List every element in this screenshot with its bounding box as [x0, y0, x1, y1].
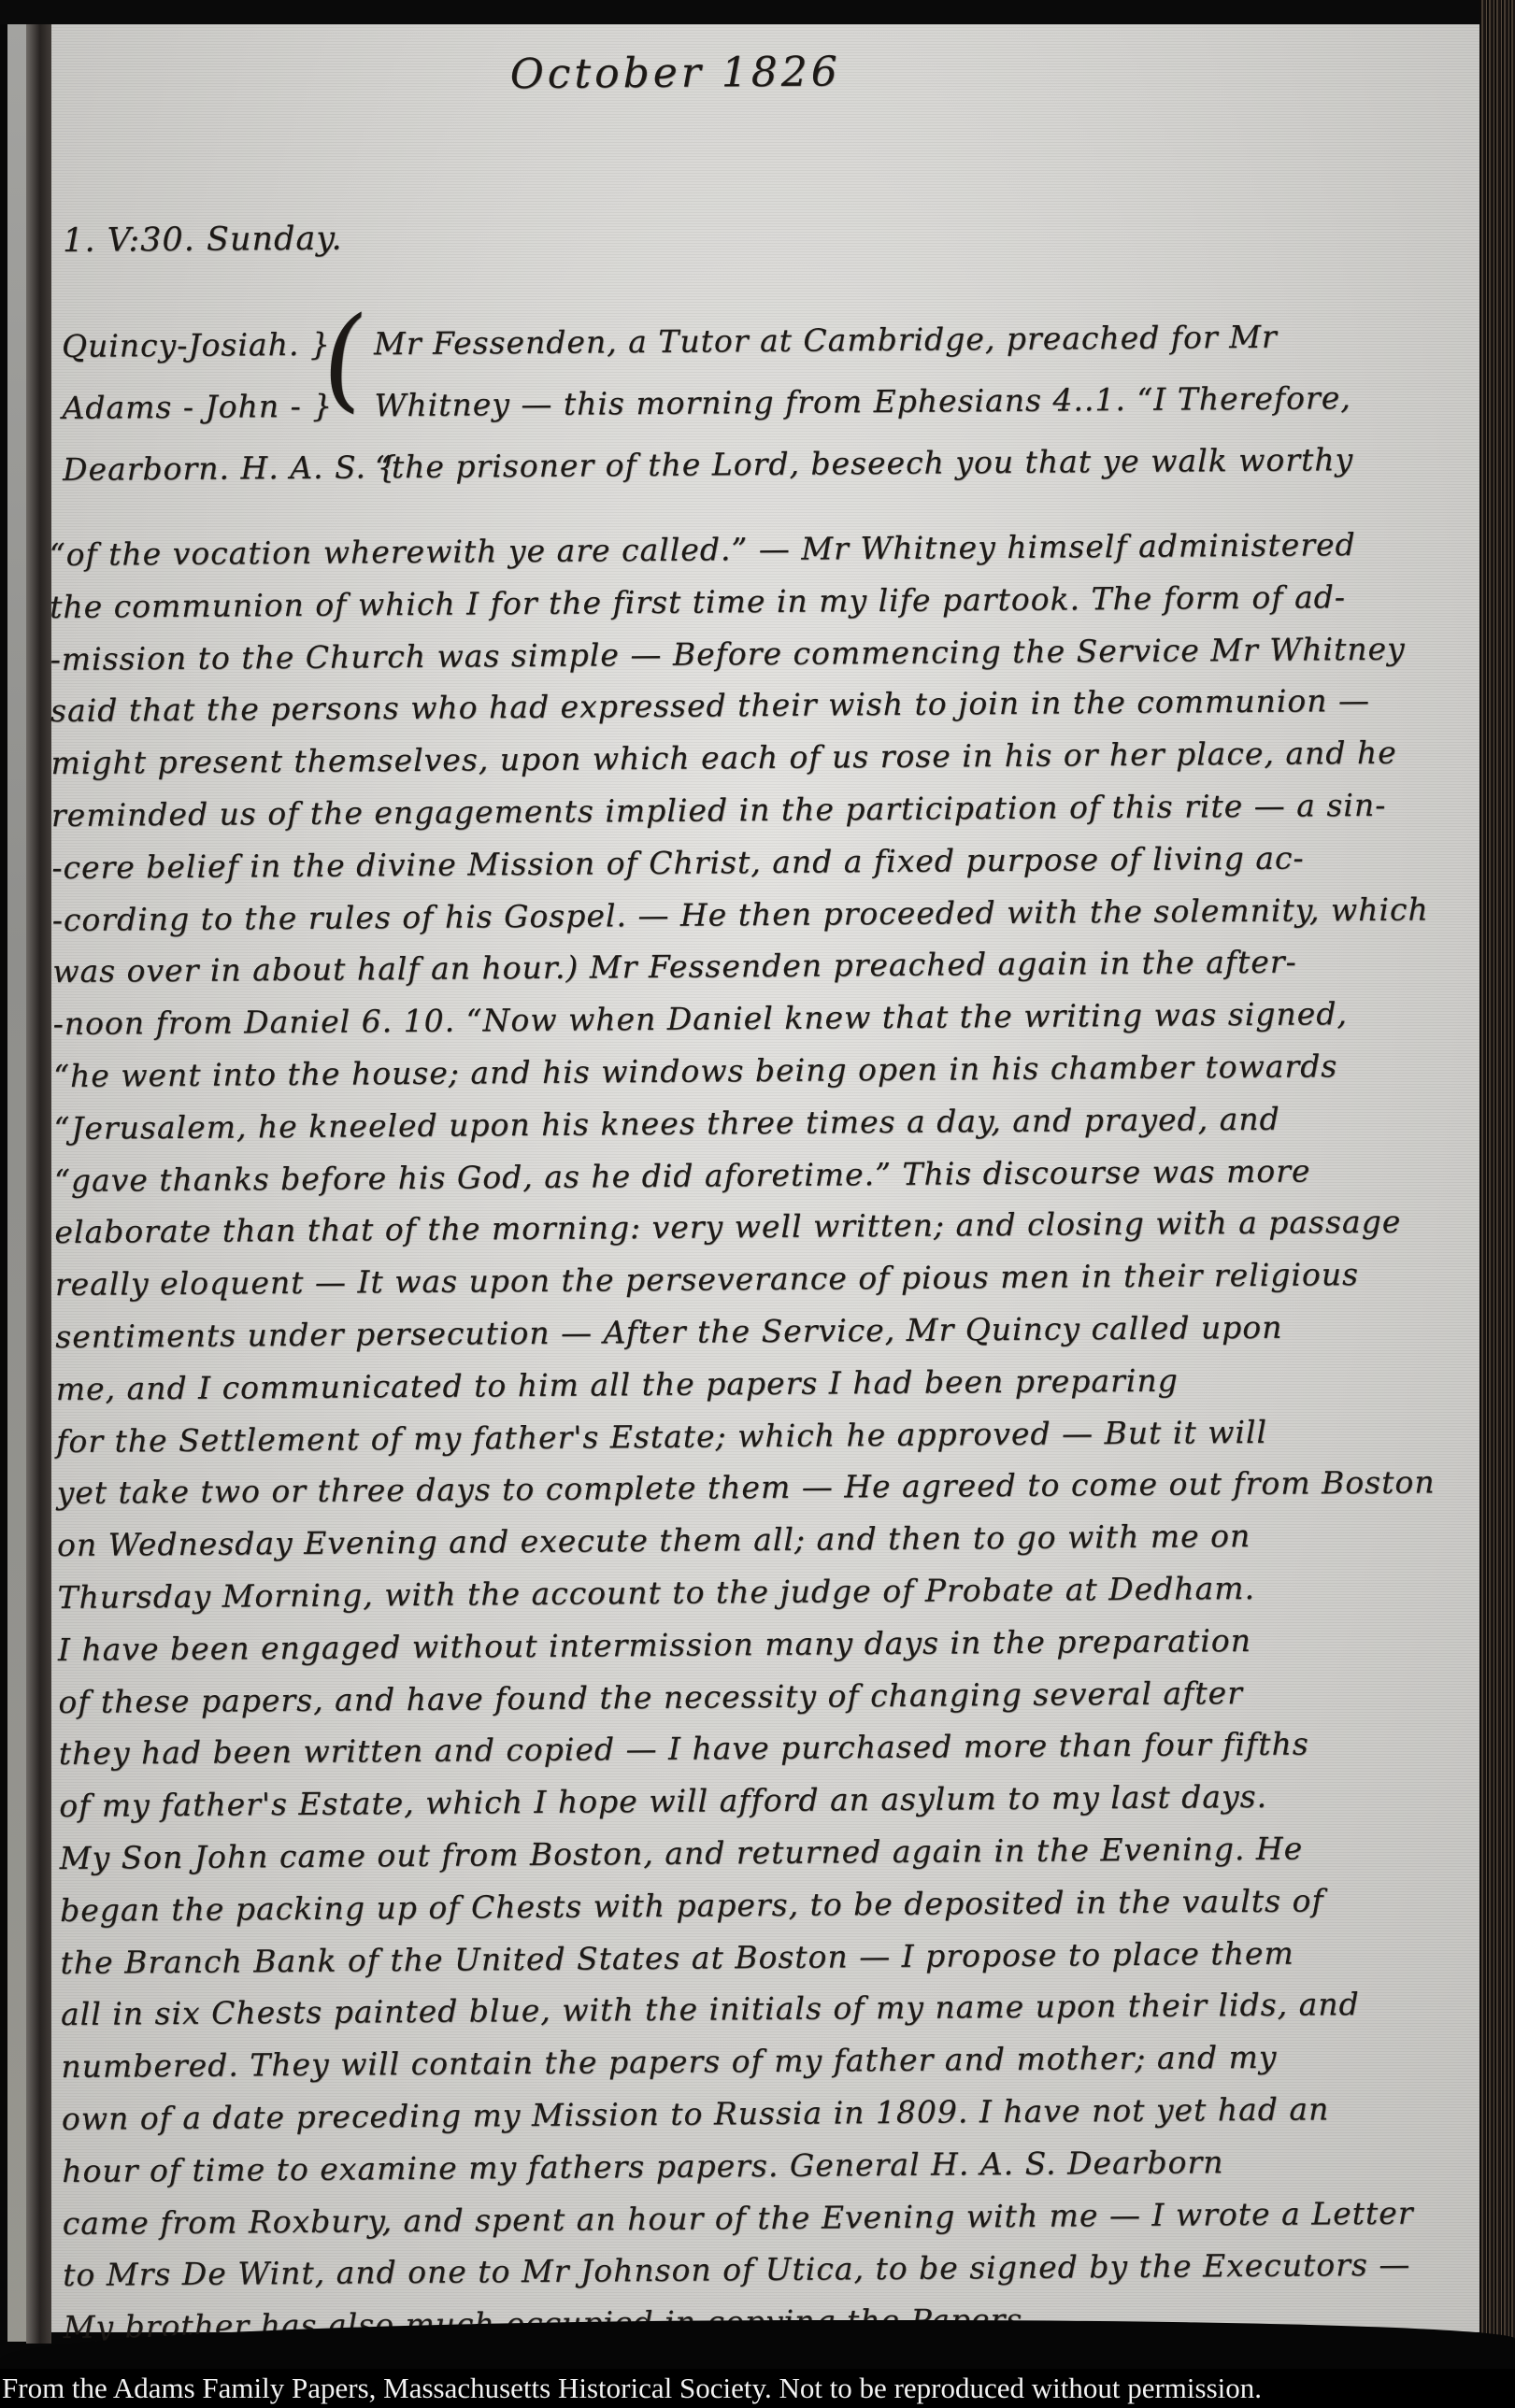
manuscript-line: sentiments under persecution — After the…: [55, 1300, 1434, 1362]
manuscript-line: own of a date preceding my Mission to Ru…: [62, 2082, 1440, 2144]
adjacent-page-edge: [7, 24, 26, 2342]
entry-date-heading: 1. V:30. Sunday.: [63, 221, 343, 260]
credit-caption: From the Adams Family Papers, Massachuse…: [0, 2369, 1515, 2408]
manuscript-text-layer: October 1826 1. V:30. Sunday. Quincy-Jos…: [42, 19, 1488, 2338]
entry-opening-lines: Mr Fessenden, a Tutor at Cambridge, prea…: [374, 306, 1354, 498]
credit-caption-text: From the Adams Family Papers, Massachuse…: [2, 2372, 1262, 2404]
entry-body-lines: “of the vocation wherewith ye are called…: [50, 518, 1442, 2353]
entry-month-header: October 1826: [510, 48, 841, 98]
manuscript-line: Whitney — this morning from Ephesians 4.…: [374, 367, 1353, 436]
margin-name-line: Dearborn. H. A. S. {: [63, 436, 398, 501]
manuscript-line: “the prisoner of the Lord, beseech you t…: [375, 429, 1354, 498]
manuscript-line: to Mrs De Wint, and one to Mr Johnson of…: [63, 2239, 1441, 2301]
manuscript-scan: October 1826 1. V:30. Sunday. Quincy-Jos…: [0, 0, 1515, 2408]
manuscript-line: Mr Fessenden, a Tutor at Cambridge, prea…: [374, 306, 1353, 375]
